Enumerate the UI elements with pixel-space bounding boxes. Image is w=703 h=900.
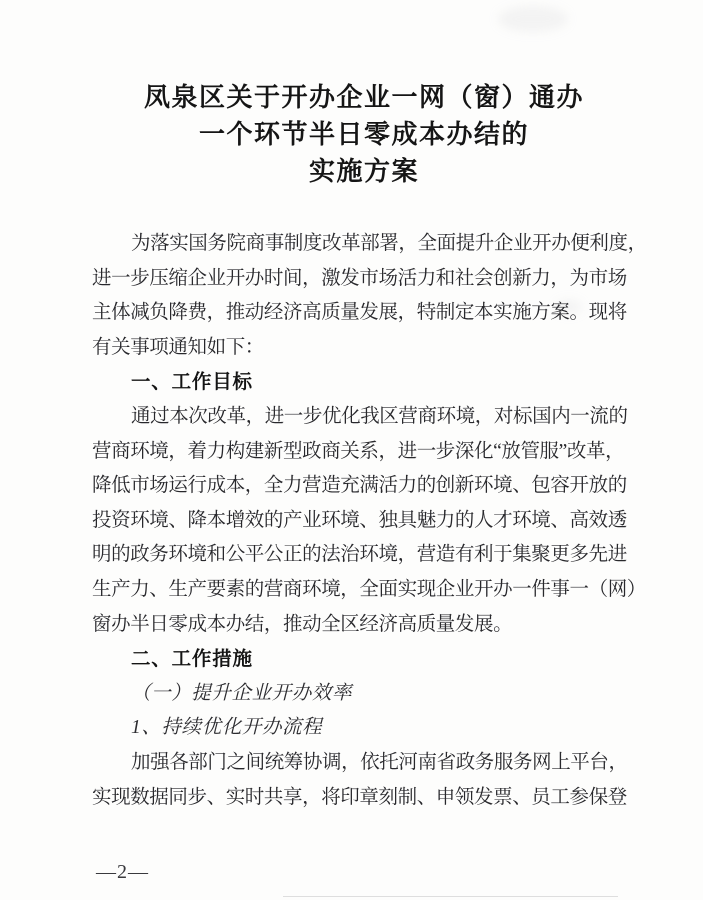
paragraph-1-line-1: 为落实国务院商事制度改革部署，全面提升企业开办便利度， <box>92 227 638 262</box>
paragraph-1-line-3: 主体减负降费，推动经济高质量发展，特制定本实施方案。现将 <box>92 296 638 331</box>
document-body: 为落实国务院商事制度改革部署，全面提升企业开办便利度， 进一步压缩企业开办时间，… <box>92 227 638 815</box>
paragraph-1-line-4: 有关事项通知如下： <box>92 331 638 366</box>
document-title-line-3: 实施方案 <box>93 153 635 190</box>
section-heading-2: 二、工作措施 <box>92 642 638 677</box>
scan-artifact-line <box>283 896 618 897</box>
sub-heading-1-item-1: 1、持续优化开办流程 <box>92 711 638 746</box>
paragraph-2-line-3: 降低市场运行成本，全力营造充满活力的创新环境、包容开放的 <box>92 469 638 504</box>
document-title: 凤泉区关于开办企业一网（窗）通办 一个环节半日零成本办结的 实施方案 <box>93 79 635 190</box>
paragraph-2-line-6: 生产力、生产要素的营商环境，全面实现企业开办一件事一（网） <box>92 573 638 608</box>
paragraph-3-line-1: 加强各部门之间统筹协调，依托河南省政务服务网上平台， <box>92 746 638 781</box>
sub-heading-1: （一）提升企业开办效率 <box>92 677 638 712</box>
document-title-line-2: 一个环节半日零成本办结的 <box>93 116 635 153</box>
paragraph-2-line-4: 投资环境、降本增效的产业环境、独具魅力的人才环境、高效透 <box>92 504 638 539</box>
paragraph-2-line-7: 窗办半日零成本办结，推动全区经济高质量发展。 <box>92 608 638 643</box>
document-title-line-1: 凤泉区关于开办企业一网（窗）通办 <box>93 79 635 116</box>
paragraph-1-line-2: 进一步压缩企业开办时间，激发市场活力和社会创新力，为市场 <box>92 262 638 297</box>
scanned-document-page: 凤泉区关于开办企业一网（窗）通办 一个环节半日零成本办结的 实施方案 为落实国务… <box>0 0 703 900</box>
paragraph-2-line-1: 通过本次改革，进一步优化我区营商环境，对标国内一流的 <box>92 400 638 435</box>
page-number: —2— <box>96 861 149 884</box>
section-heading-1: 一、工作目标 <box>92 365 638 400</box>
paragraph-2-line-5: 明的政务环境和公平公正的法治环境，营造有利于集聚更多先进 <box>92 538 638 573</box>
paragraph-3-line-2: 实现数据同步、实时共享，将印章刻制、申领发票、员工参保登 <box>92 781 638 816</box>
paragraph-2-line-2: 营商环境，着力构建新型政商关系，进一步深化“放管服”改革， <box>92 435 638 470</box>
scan-smudge <box>498 6 568 32</box>
